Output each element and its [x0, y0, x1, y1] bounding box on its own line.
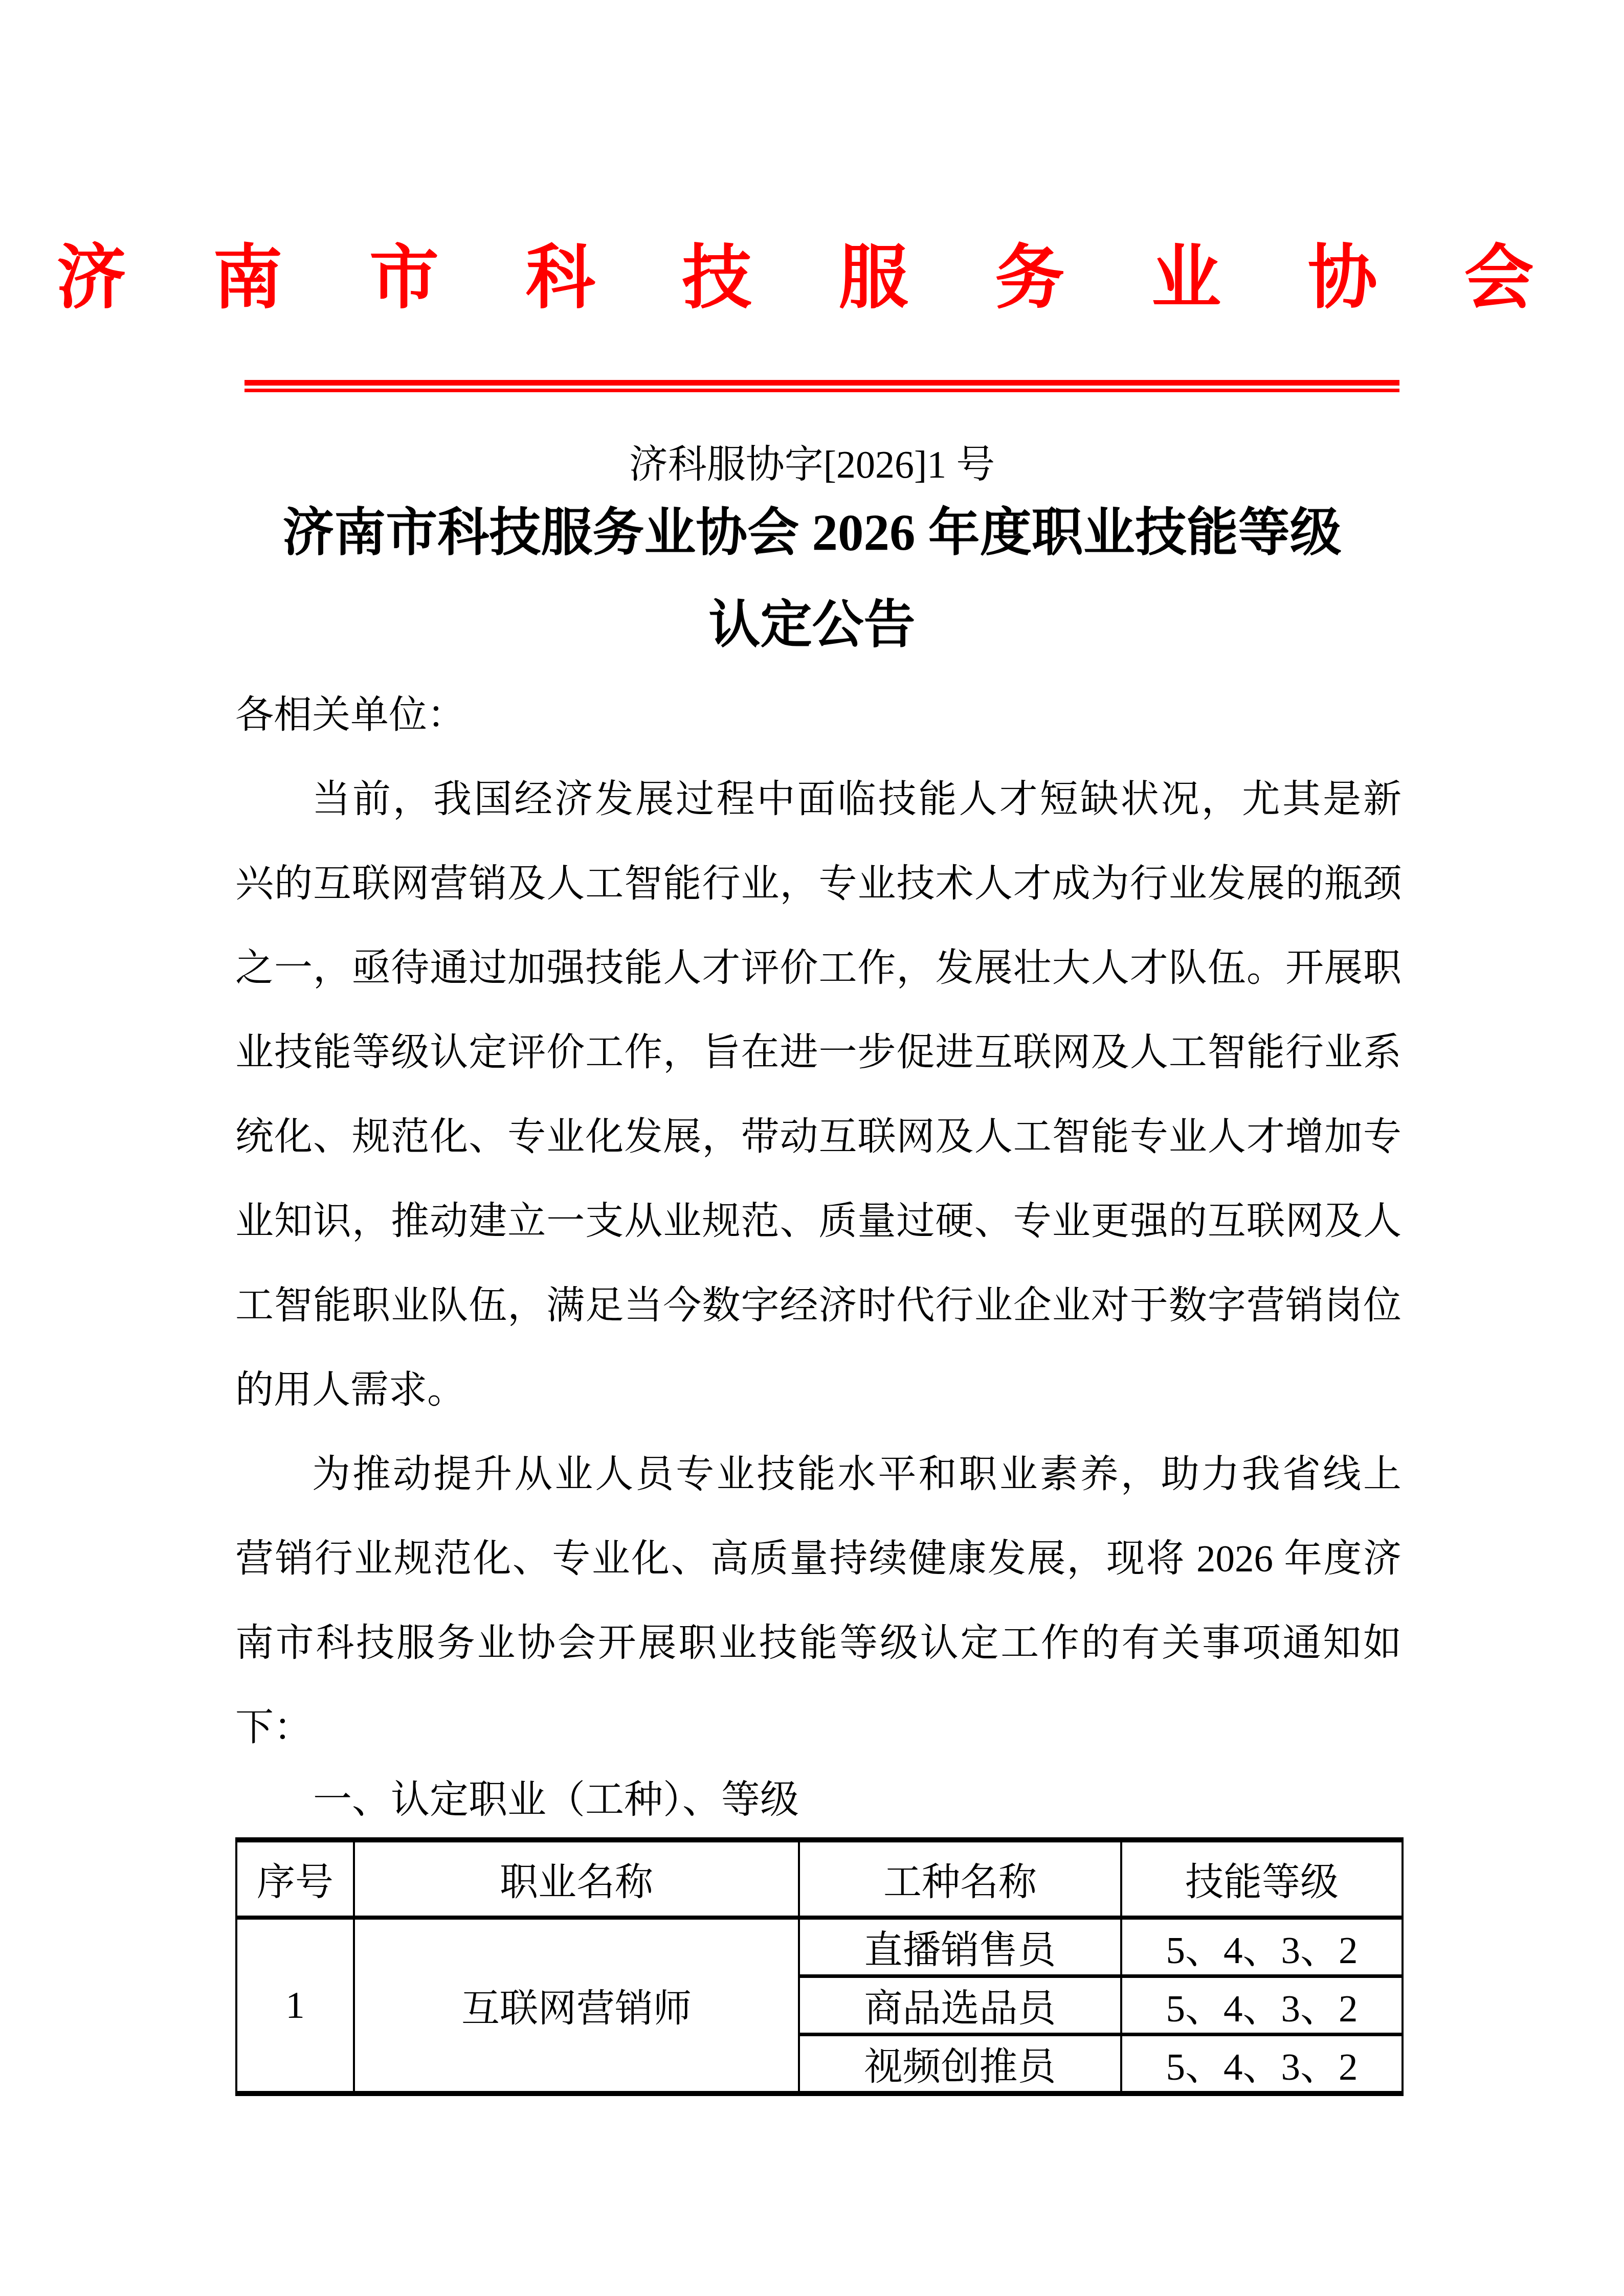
body-line: 营销行业规范化、专业化、高质量持续健康发展，现将 2026 年度济 [235, 1517, 1401, 1601]
cell-levels: 5、4、3、2 [1121, 1918, 1403, 1976]
cell-row-index: 1 [236, 1918, 354, 2094]
body-line: 业技能等级认定评价工作，旨在进一步促进互联网及人工智能行业系 [235, 1010, 1401, 1095]
doc-number: 济科服协字[2026]1 号 [0, 439, 1624, 491]
notice-title: 济南市科技服务业协会 2026 年度职业技能等级 认定公告 [118, 487, 1506, 671]
body-line: 当前，我国经济发展过程中面临技能人才短缺状况，尤其是新 [235, 757, 1401, 842]
col-header-level: 技能等级 [1121, 1840, 1403, 1918]
body-line: 统化、规范化、专业化发展，带动互联网及人工智能专业人才增加专 [235, 1095, 1401, 1179]
section1-heading: 一、认定职业（工种）、等级 [235, 1758, 1401, 1842]
col-header-index: 序号 [236, 1840, 354, 1918]
cell-occupation: 互联网营销师 [354, 1918, 799, 2094]
cell-worktype: 直播销售员 [799, 1918, 1121, 1976]
red-divider-thick [244, 380, 1399, 386]
body-line: 的用人需求。 [235, 1348, 1401, 1432]
org-title: 济 南 市 科 技 服 务 业 协 会 [0, 241, 1624, 314]
body-line: 下： [235, 1685, 1401, 1770]
col-header-worktype: 工种名称 [799, 1840, 1121, 1918]
cell-worktype: 视频创推员 [799, 2035, 1121, 2094]
cell-levels: 5、4、3、2 [1121, 1976, 1403, 2035]
table-row: 1 互联网营销师 直播销售员 5、4、3、2 [236, 1918, 1403, 1976]
cell-worktype: 商品选品员 [799, 1976, 1121, 2035]
notice-title-line2: 认定公告 [118, 579, 1506, 671]
cell-levels: 5、4、3、2 [1121, 2035, 1403, 2094]
col-header-occupation: 职业名称 [354, 1840, 799, 1918]
notice-title-line1: 济南市科技服务业协会 2026 年度职业技能等级 [118, 487, 1506, 579]
body-line: 兴的互联网营销及人工智能行业，专业技术人才成为行业发展的瓶颈 [235, 842, 1401, 926]
red-divider-thin [244, 389, 1399, 392]
body-line: 南市科技服务业协会开展职业技能等级认定工作的有关事项通知如 [235, 1601, 1401, 1685]
body-line: 业知识，推动建立一支从业规范、质量过硬、专业更强的互联网及人 [235, 1179, 1401, 1264]
body-line: 之一，亟待通过加强技能人才评价工作，发展壮大人才队伍。开展职 [235, 926, 1401, 1010]
salutation: 各相关单位： [235, 673, 1401, 757]
body-line: 为推动提升从业人员专业技能水平和职业素养，助力我省线上 [235, 1432, 1401, 1517]
notice-body: 各相关单位： 当前，我国经济发展过程中面临技能人才短缺状况，尤其是新 兴的互联网… [235, 673, 1401, 1770]
table-header-row: 序号 职业名称 工种名称 技能等级 [236, 1840, 1403, 1918]
body-line: 工智能职业队伍，满足当今数字经济时代行业企业对于数字营销岗位 [235, 1264, 1401, 1348]
notice-document-page: 济 南 市 科 技 服 务 业 协 会 济科服协字[2026]1 号 济南市科技… [0, 0, 1624, 2296]
assessment-table: 序号 职业名称 工种名称 技能等级 1 互联网营销师 直播销售员 5、4、3、2… [235, 1837, 1404, 2096]
